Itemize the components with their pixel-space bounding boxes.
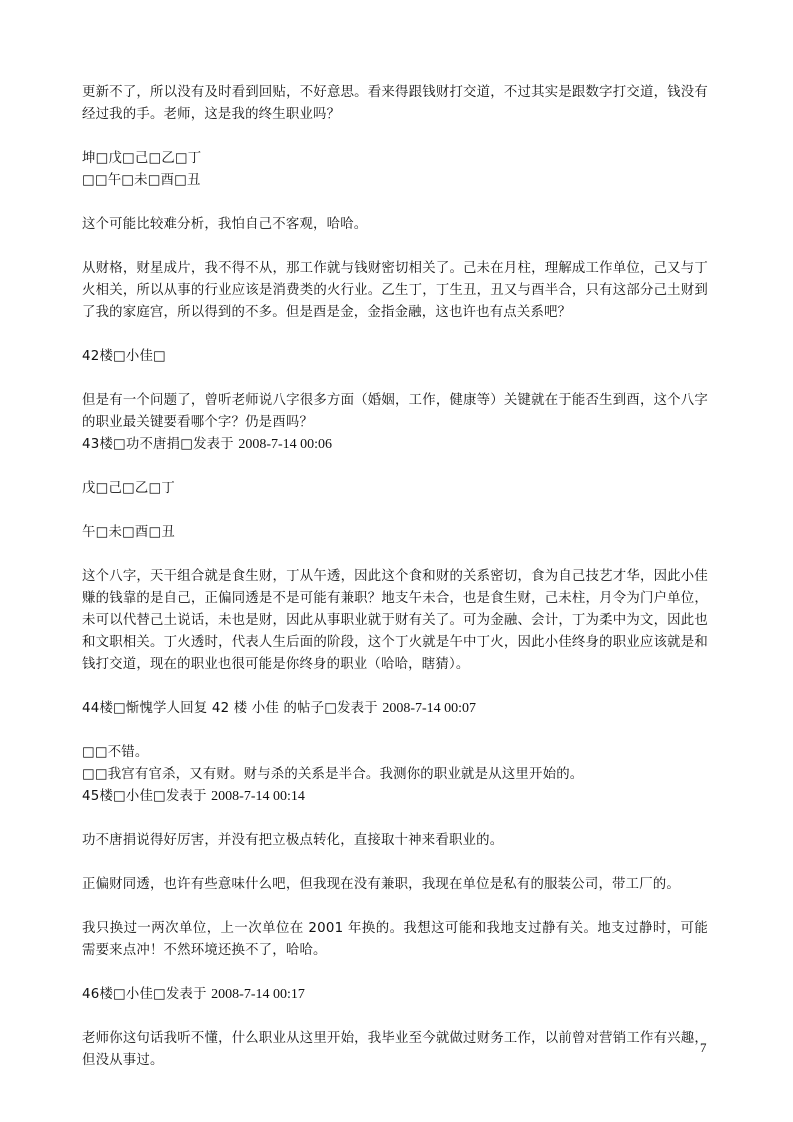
post-floor-author: 46楼□小佳□发表于 xyxy=(82,987,207,1002)
post-timestamp: 2008-7-14 00:14 xyxy=(211,789,305,804)
spacer xyxy=(82,808,708,830)
post-floor-author: 42楼□小佳□ xyxy=(82,349,166,364)
page-number: 7 xyxy=(700,1040,707,1056)
spacer xyxy=(82,896,708,918)
spacer xyxy=(82,456,708,478)
post-floor-author: 45楼□小佳□发表于 xyxy=(82,789,207,804)
spacer xyxy=(82,676,708,698)
spacer xyxy=(82,126,708,148)
reply-line: □□我宫有官杀，又有财。财与杀的关系是半合。我测你的职业就是从这里开始的。 xyxy=(82,764,708,786)
spacer xyxy=(82,1006,708,1028)
paragraph: 正偏财同透，也许有些意味什么吧，但我现在没有兼职，我现在单位是私有的服装公司，带… xyxy=(82,874,708,896)
post-header-44: 44楼□惭愧学人回复 42 楼 小佳 的帖子□发表于 2008-7-14 00:… xyxy=(82,698,708,720)
spacer xyxy=(82,236,708,258)
spacer xyxy=(82,720,708,742)
reply-line: □□不错。 xyxy=(82,742,708,764)
post-timestamp: 2008-7-14 00:06 xyxy=(238,437,332,452)
document-page: 更新不了，所以没有及时看到回贴，不好意思。看来得跟钱财打交道，不过其实是跟数字打… xyxy=(82,82,708,1072)
post-timestamp: 2008-7-14 00:07 xyxy=(382,701,476,716)
post-timestamp: 2008-7-14 00:17 xyxy=(211,987,305,1002)
spacer xyxy=(82,368,708,390)
post-floor-author: 43楼□功不唐捐□发表于 xyxy=(82,437,234,452)
bazi-stems-line: 戊□己□乙□丁 xyxy=(82,478,708,500)
paragraph: 这个八字，天干组合就是食生财，丁从午透，因此这个食和财的关系密切，食为自己技艺才… xyxy=(82,566,708,676)
spacer xyxy=(82,544,708,566)
paragraph: 这个可能比较难分析，我怕自己不客观，哈哈。 xyxy=(82,214,708,236)
post-header-46: 46楼□小佳□发表于 2008-7-14 00:17 xyxy=(82,984,708,1006)
spacer xyxy=(82,852,708,874)
bazi-branches-line: □□午□未□酉□丑 xyxy=(82,170,708,192)
post-header-43: 43楼□功不唐捐□发表于 2008-7-14 00:06 xyxy=(82,434,708,456)
spacer xyxy=(82,962,708,984)
bazi-stems-line: 坤□戊□己□乙□丁 xyxy=(82,148,708,170)
spacer xyxy=(82,500,708,522)
post-header-45: 45楼□小佳□发表于 2008-7-14 00:14 xyxy=(82,786,708,808)
spacer xyxy=(82,192,708,214)
post-floor-author: 44楼□惭愧学人回复 42 楼 小佳 的帖子□发表于 xyxy=(82,701,378,716)
spacer xyxy=(82,324,708,346)
paragraph: 从财格，财星成片，我不得不从，那工作就与钱财密切相关了。己未在月柱，理解成工作单… xyxy=(82,258,708,324)
paragraph: 更新不了，所以没有及时看到回贴，不好意思。看来得跟钱财打交道，不过其实是跟数字打… xyxy=(82,82,708,126)
paragraph: 但是有一个问题了，曾听老师说八字很多方面（婚姻，工作，健康等）关键就在于能否生到… xyxy=(82,390,708,434)
paragraph: 我只换过一两次单位，上一次单位在 2001 年换的。我想这可能和我地支过静有关。… xyxy=(82,918,708,962)
post-header-42: 42楼□小佳□ xyxy=(82,346,708,368)
paragraph: 功不唐捐说得好厉害，并没有把立极点转化，直接取十神来看职业的。 xyxy=(82,830,708,852)
paragraph: 老师你这句话我听不懂，什么职业从这里开始，我毕业至今就做过财务工作，以前曾对营销… xyxy=(82,1028,708,1072)
bazi-branches-line: 午□未□酉□丑 xyxy=(82,522,708,544)
